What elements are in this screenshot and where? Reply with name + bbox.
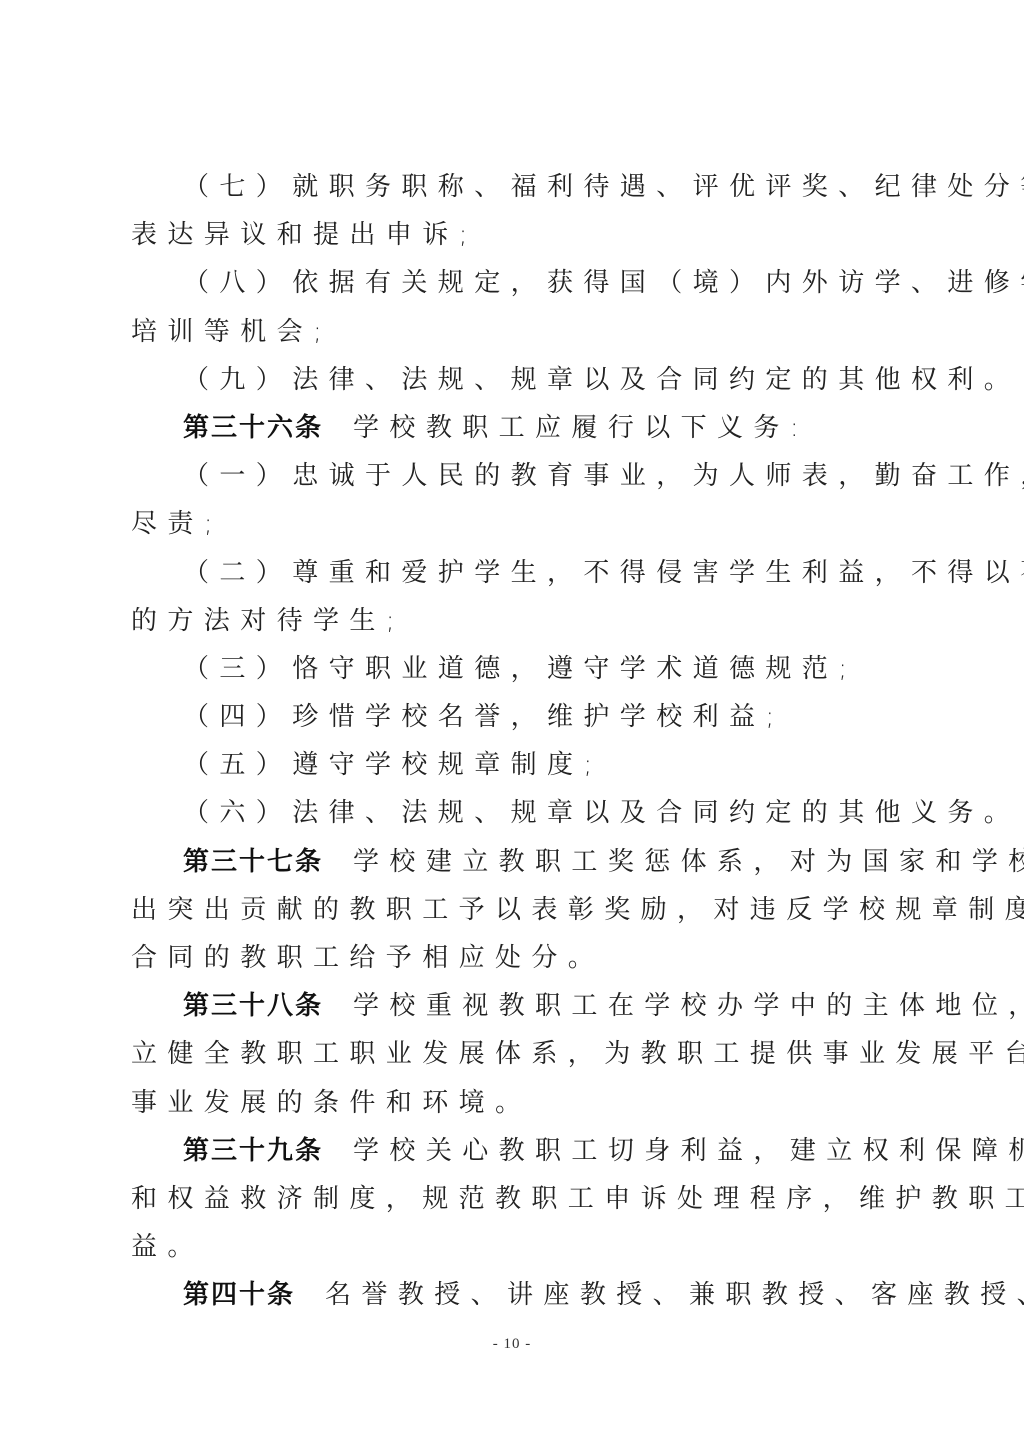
text-line: 培训等机会; <box>131 311 907 359</box>
text-line: （九）法律、法规、规章以及合同约定的其他权利。 <box>131 359 907 407</box>
document-body: （七）就职务职称、福利待遇、评优评奖、纪律处分等事项 表达异议和提出申诉; （八… <box>131 166 907 1323</box>
line-text: （五）遵守学校规章制度; <box>183 750 603 780</box>
line-text: 合同的教职工给予相应处分。 <box>131 943 604 973</box>
line-text: 培训等机会; <box>131 317 332 347</box>
line-text: 学校关心教职工切身利益，建立权利保障机制 <box>353 1136 1024 1166</box>
text-line: （一）忠诚于人民的教育事业，为人师表，勤奋工作，尽职 <box>131 455 907 503</box>
line-text: 学校重视教职工在学校办学中的主体地位，建 <box>353 991 1024 1021</box>
article-heading-line: 第三十八条学校重视教职工在学校办学中的主体地位，建 <box>131 985 907 1033</box>
line-text: 益。 <box>131 1232 204 1262</box>
line-text: （二）尊重和爱护学生，不得侵害学生利益，不得以不公平 <box>183 558 1024 588</box>
text-line: 出突出贡献的教职工予以表彰奖励，对违反学校规章制度和聘用 <box>131 889 907 937</box>
line-text: 尽责; <box>131 509 223 539</box>
text-line: 的方法对待学生; <box>131 600 907 648</box>
page-number: - 10 - <box>0 1336 1024 1353</box>
text-line: 合同的教职工给予相应处分。 <box>131 937 907 985</box>
line-text: 和权益救济制度，规范教职工申诉处理程序，维护教职工合法权 <box>131 1184 1024 1214</box>
article-number: 第四十条 <box>183 1280 295 1310</box>
text-line: （四）珍惜学校名誉，维护学校利益; <box>131 696 907 744</box>
line-text: （三）恪守职业道德，遵守学术道德规范; <box>183 654 857 684</box>
article-heading-line: 第三十七条学校建立教职工奖惩体系，对为国家和学校做 <box>131 841 907 889</box>
line-text: 表达异议和提出申诉; <box>131 220 478 250</box>
article-number: 第三十七条 <box>183 847 323 877</box>
text-line: 事业发展的条件和环境。 <box>131 1082 907 1130</box>
text-line: 尽责; <box>131 503 907 551</box>
line-text: 立健全教职工职业发展体系，为教职工提供事业发展平台，创造 <box>131 1039 1024 1069</box>
line-text: 学校建立教职工奖惩体系，对为国家和学校做 <box>353 847 1024 877</box>
line-text: （一）忠诚于人民的教育事业，为人师表，勤奋工作，尽职 <box>183 461 1024 491</box>
article-heading-line: 第四十条名誉教授、讲座教授、兼职教授、客座教授、访 <box>131 1274 907 1322</box>
line-text: 学校教职工应履行以下义务: <box>353 413 809 443</box>
text-line: （五）遵守学校规章制度; <box>131 744 907 792</box>
article-number: 第三十六条 <box>183 413 323 443</box>
text-line: （三）恪守职业道德，遵守学术道德规范; <box>131 648 907 696</box>
text-line: （七）就职务职称、福利待遇、评优评奖、纪律处分等事项 <box>131 166 907 214</box>
text-line: 益。 <box>131 1226 907 1274</box>
text-line: 和权益救济制度，规范教职工申诉处理程序，维护教职工合法权 <box>131 1178 907 1226</box>
line-text: 的方法对待学生; <box>131 606 405 636</box>
line-text: 出突出贡献的教职工予以表彰奖励，对违反学校规章制度和聘用 <box>131 895 1024 925</box>
article-number: 第三十八条 <box>183 991 323 1021</box>
article-heading-line: 第三十六条学校教职工应履行以下义务: <box>131 407 907 455</box>
line-text: （九）法律、法规、规章以及合同约定的其他权利。 <box>183 365 1020 395</box>
text-line: 表达异议和提出申诉; <box>131 214 907 262</box>
line-text: （六）法律、法规、规章以及合同约定的其他义务。 <box>183 798 1020 828</box>
text-line: （二）尊重和爱护学生，不得侵害学生利益，不得以不公平 <box>131 552 907 600</box>
line-text: 事业发展的条件和环境。 <box>131 1088 531 1118</box>
text-line: 立健全教职工职业发展体系，为教职工提供事业发展平台，创造 <box>131 1033 907 1081</box>
article-heading-line: 第三十九条学校关心教职工切身利益，建立权利保障机制 <box>131 1130 907 1178</box>
text-line: （六）法律、法规、规章以及合同约定的其他义务。 <box>131 792 907 840</box>
line-text: 名誉教授、讲座教授、兼职教授、客座教授、访 <box>325 1280 1024 1310</box>
text-line: （八）依据有关规定，获得国（境）内外访学、进修学习、 <box>131 262 907 310</box>
line-text: （四）珍惜学校名誉，维护学校利益; <box>183 702 785 732</box>
article-number: 第三十九条 <box>183 1136 323 1166</box>
line-text: （八）依据有关规定，获得国（境）内外访学、进修学习、 <box>183 268 1024 298</box>
line-text: （七）就职务职称、福利待遇、评优评奖、纪律处分等事项 <box>183 172 1024 202</box>
